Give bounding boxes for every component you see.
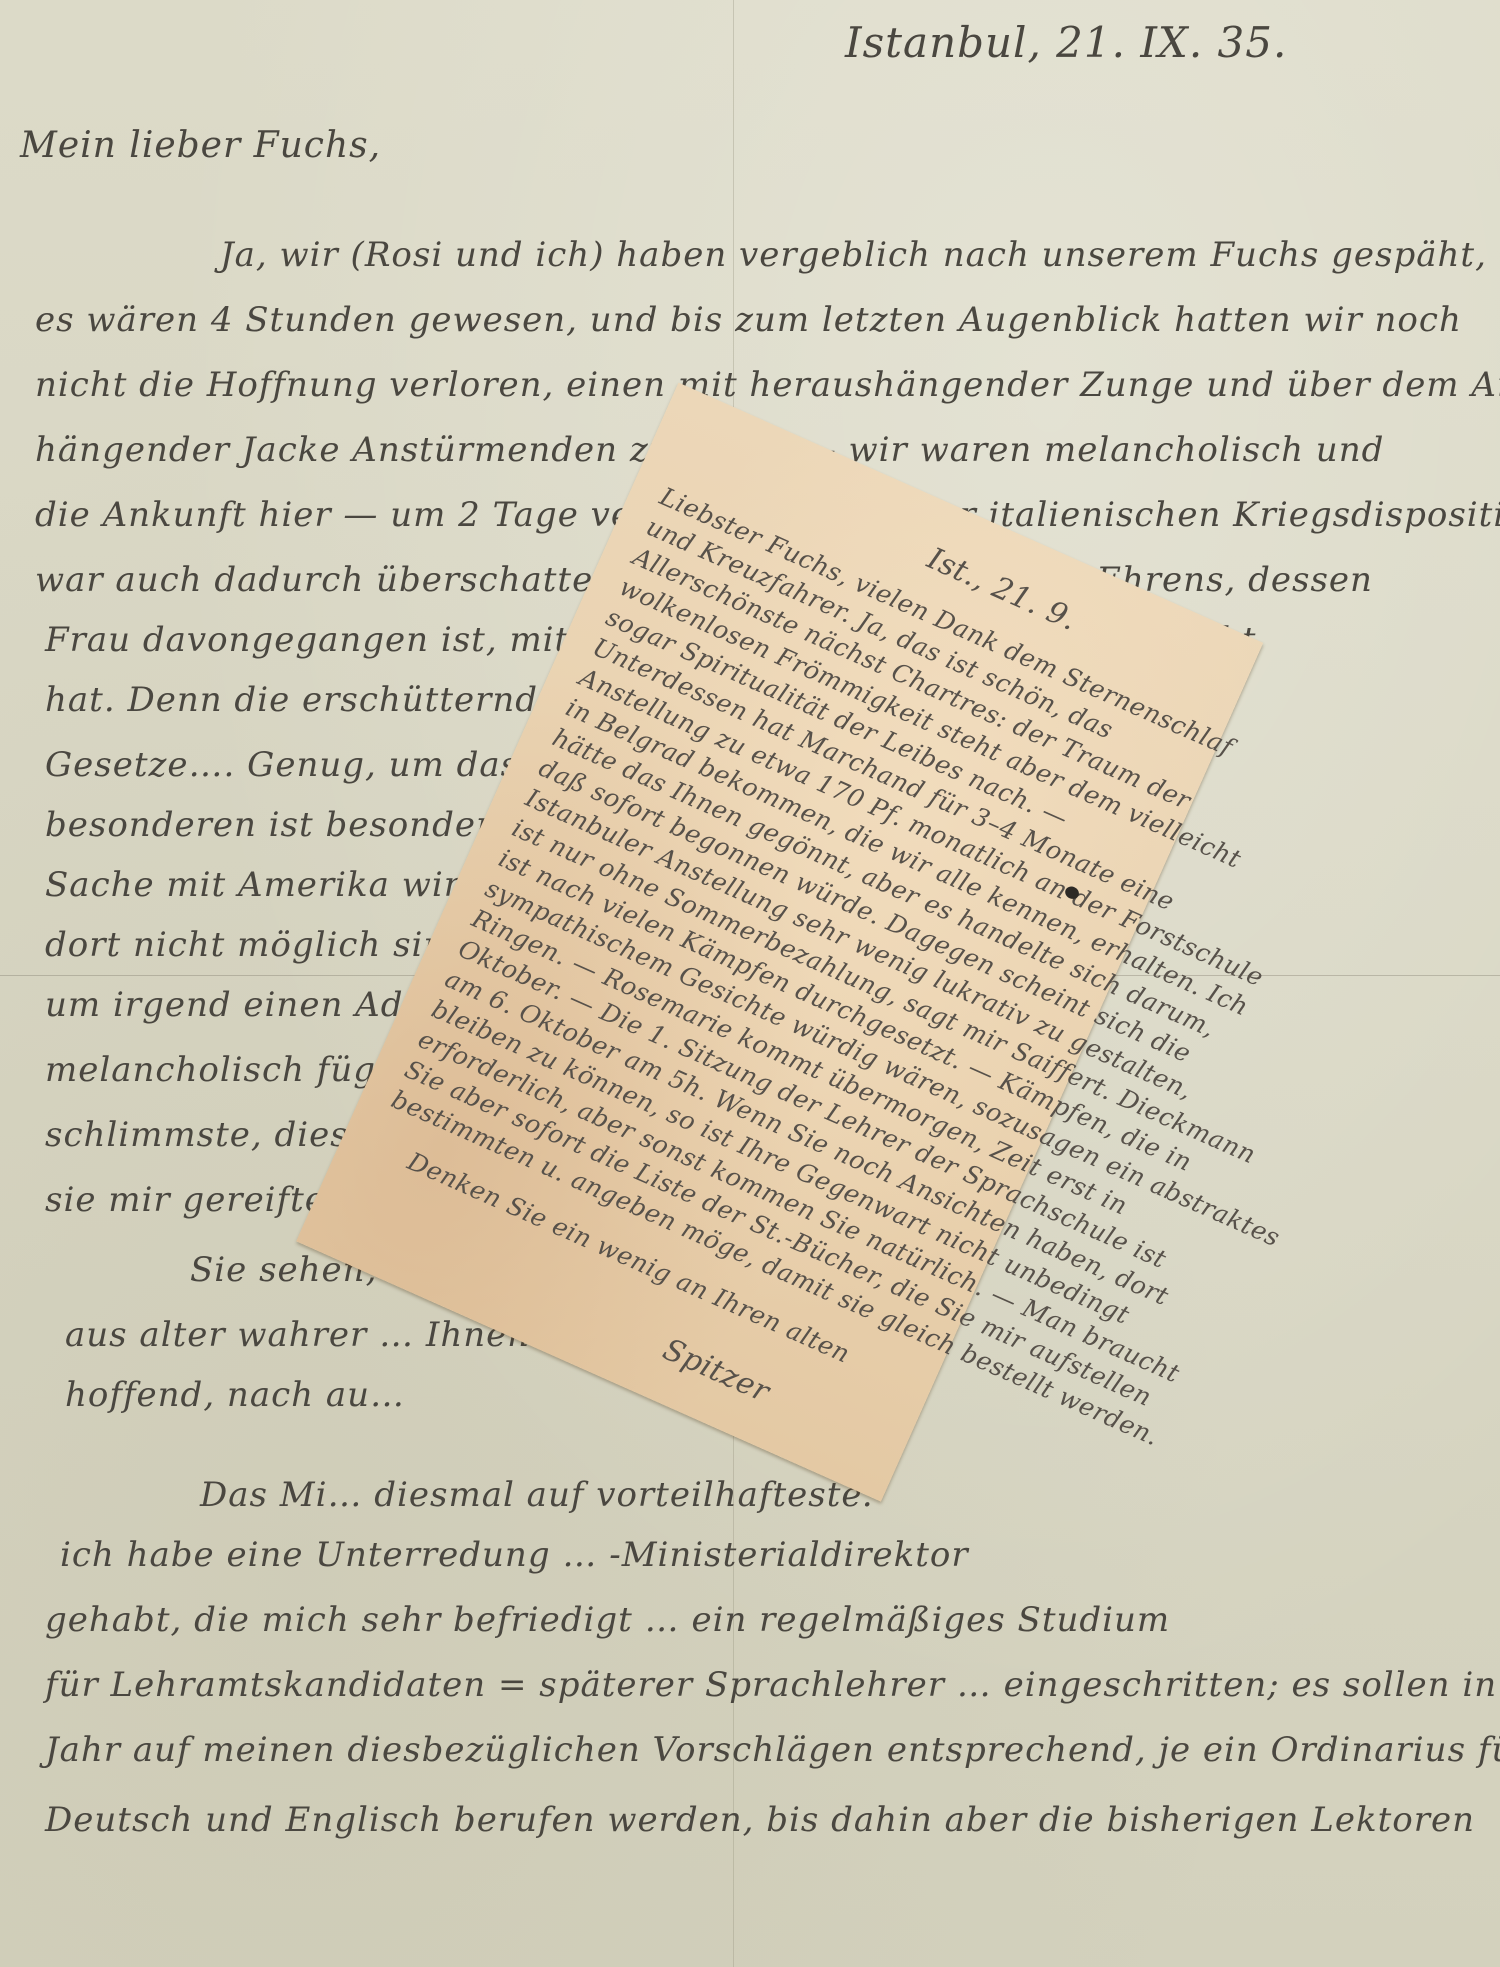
letter-line: ich habe eine Unterredung … -Ministerial… <box>60 1535 969 1575</box>
letter-line: Das Mi… diesmal auf vorteilhafteste: <box>200 1475 875 1515</box>
letter-line: Jahr auf meinen diesbezüglichen Vorschlä… <box>45 1730 1500 1770</box>
letter-line: es wären 4 Stunden gewesen, und bis zum … <box>35 300 1462 340</box>
postcard-signature: Spitzer <box>658 1332 775 1410</box>
letter-line: für Lehramtskandidaten = späterer Sprach… <box>45 1665 1500 1705</box>
place-date: Istanbul, 21. IX. 35. <box>845 18 1287 67</box>
letter-line: Deutsch und Englisch berufen werden, bis… <box>45 1800 1475 1840</box>
letter-line: nicht die Hoffnung verloren, einen mit h… <box>35 365 1500 405</box>
letter-line: gehabt, die mich sehr befriedigt … ein r… <box>45 1600 1170 1640</box>
letter-line: Ja, wir (Rosi und ich) haben vergeblich … <box>220 235 1487 275</box>
salutation: Mein lieber Fuchs, <box>20 125 381 166</box>
letter-line: hoffend, nach au… <box>65 1375 405 1415</box>
